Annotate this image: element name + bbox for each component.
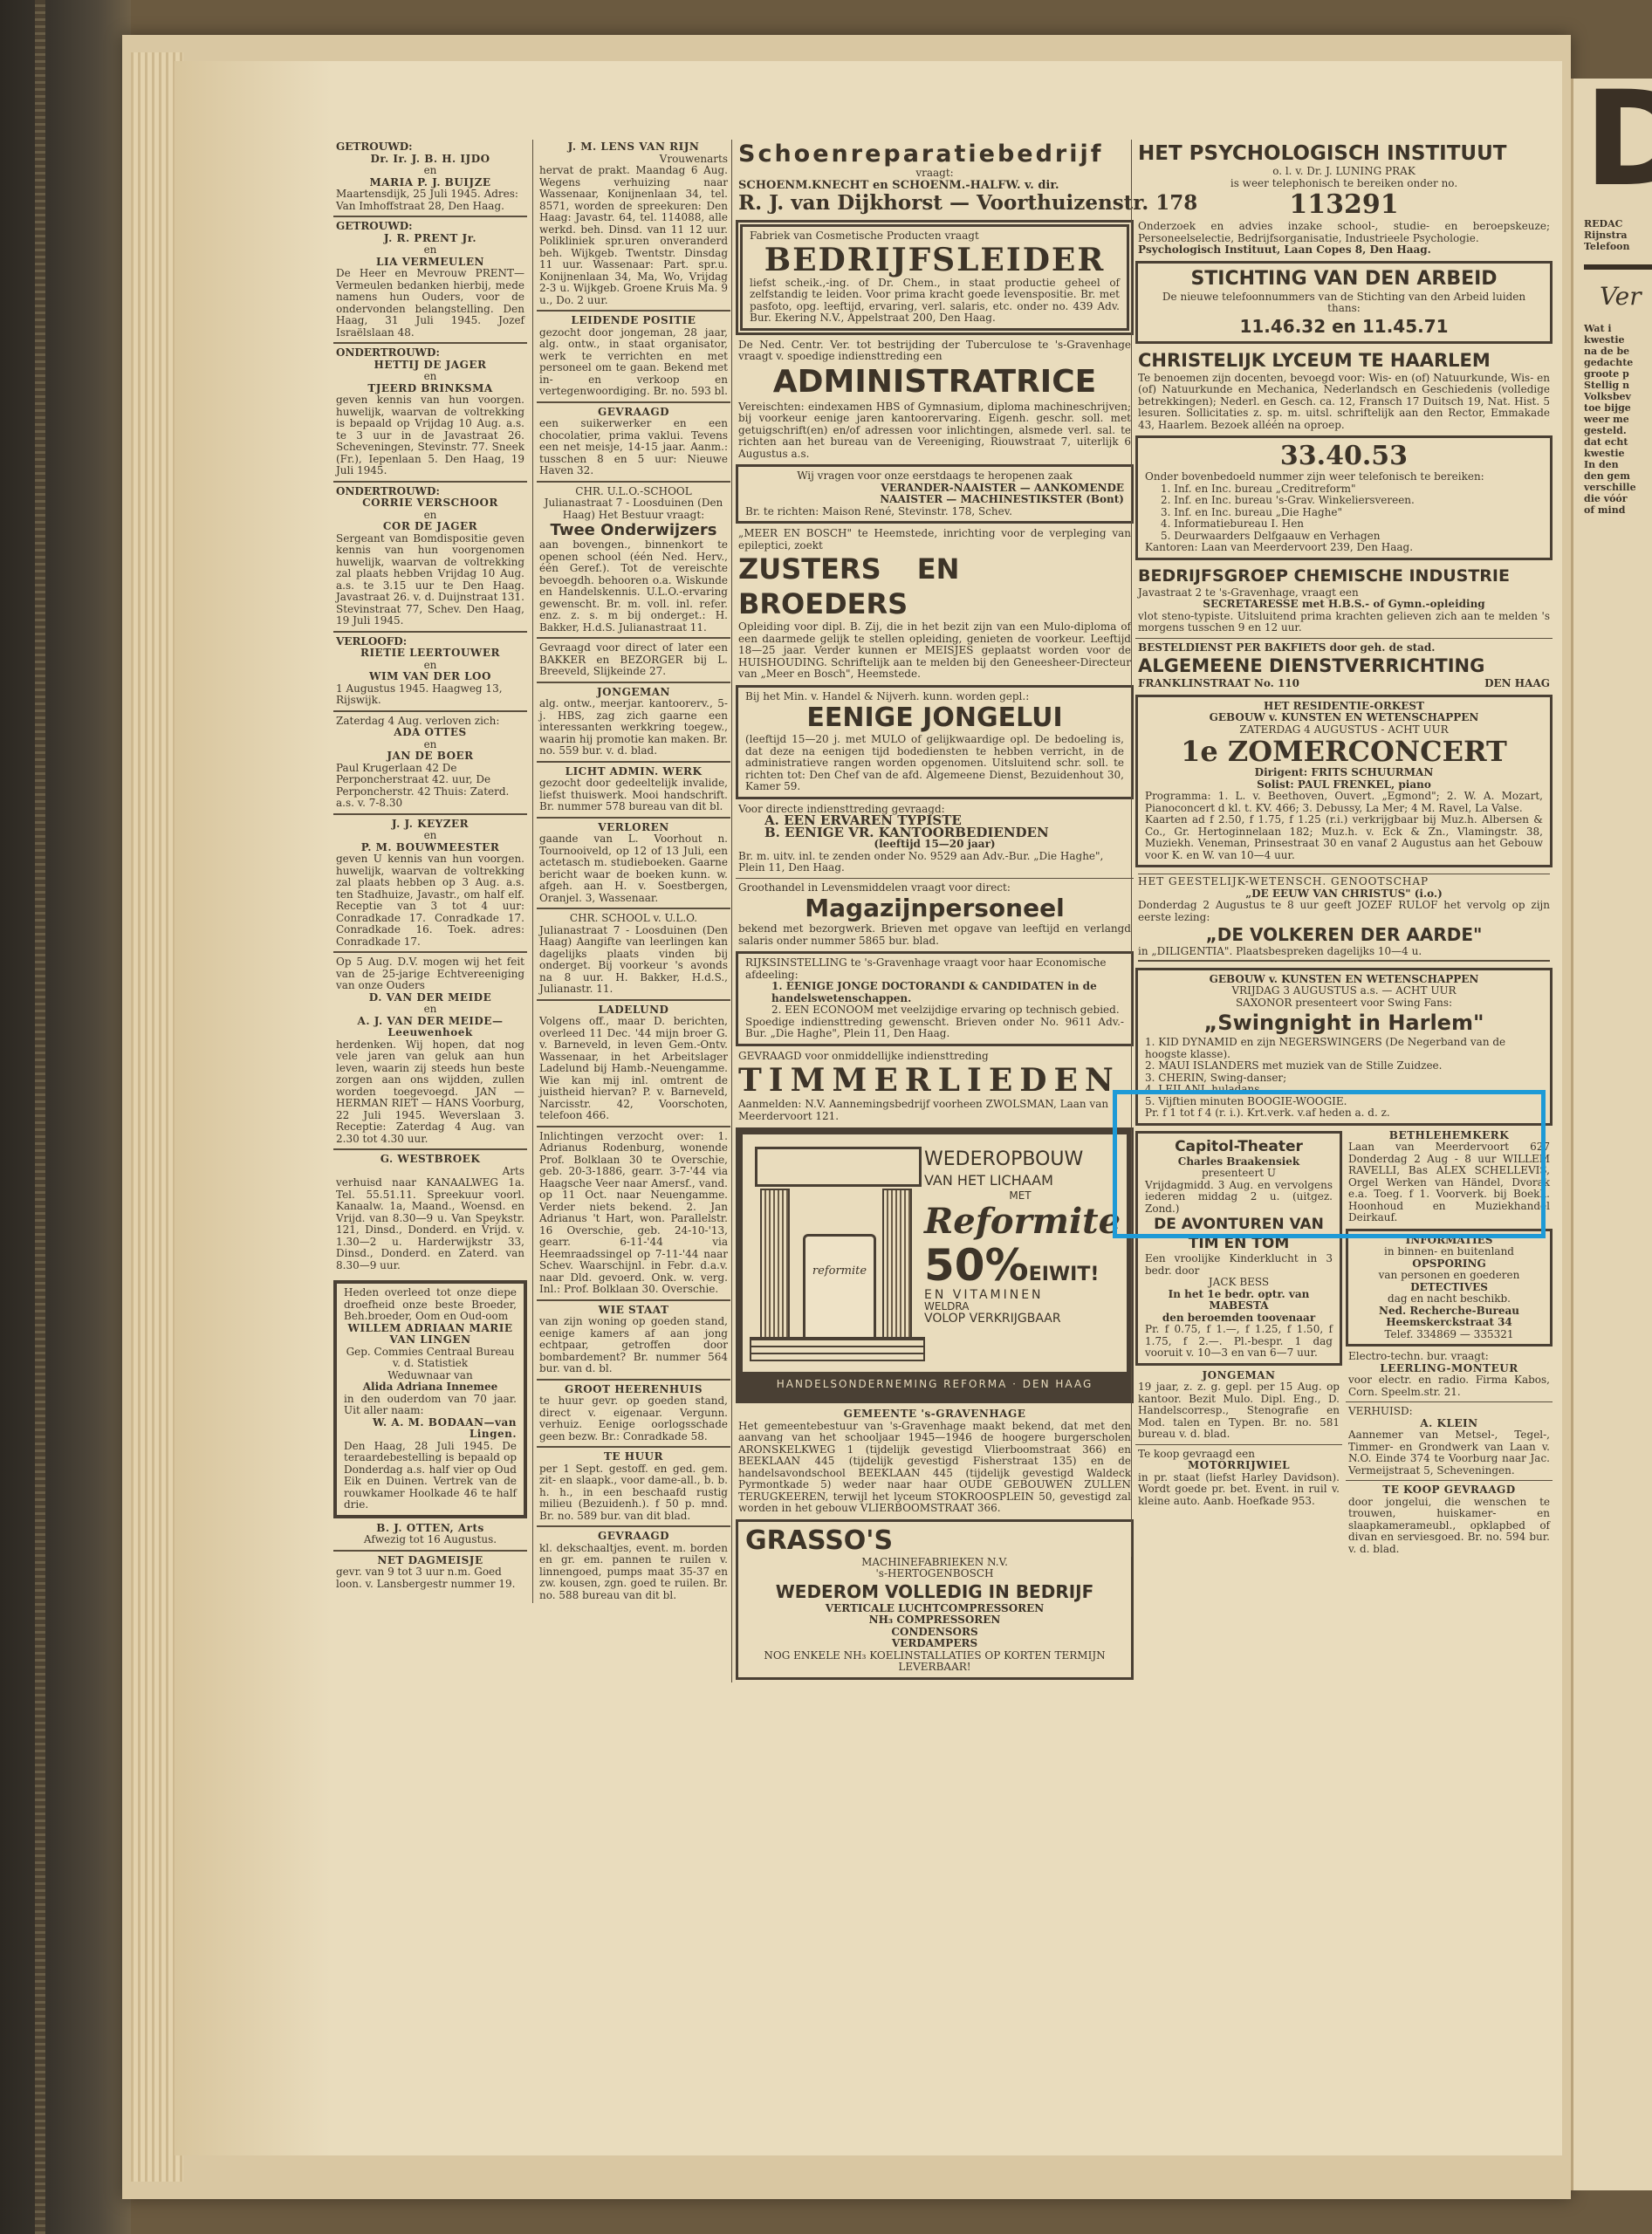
- ad-intro: Electro-techn. bur. vraagt:: [1348, 1351, 1550, 1363]
- ad-anniversary-vandermeide: Op 5 Aug. D.V. mogen wij het feit van de…: [333, 955, 527, 1147]
- ad-body: van personen en goederen: [1355, 1270, 1543, 1282]
- ad-stichting-arbeid: STICHTING VAN DEN ARBEID De nieuwe telef…: [1135, 261, 1553, 344]
- ad-body: voor electr. en radio. Firma Kabos, Corn…: [1348, 1374, 1550, 1398]
- ad-heading: ONDERTROUWD:: [336, 486, 524, 498]
- ad-heading: CHR. SCHOOL v. U.L.O.: [539, 913, 728, 925]
- list-item: 1. KID DYNAMID en zijn NEGERSWINGERS (De…: [1145, 1037, 1543, 1060]
- lecture-organizer: HET GEESTELIJK-WETENSCH. GENOOTSCHAP: [1138, 876, 1550, 888]
- ad-intro: De Ned. Centr. Ver. tot bestrijding der …: [738, 339, 1131, 363]
- article-line: na de be: [1584, 346, 1652, 357]
- ad-body: vlot steno-typiste. Uitsluitend prima kr…: [1138, 611, 1550, 634]
- ad-title: STICHTING VAN DEN ARBEID: [1145, 267, 1543, 291]
- ad-intro: Fabriek van Cosmetische Producten vraagt: [750, 230, 1120, 243]
- ad-subtitle: Julianastraat 7 - Loosduinen (Den Haag) …: [539, 497, 728, 521]
- article-line: groote p: [1584, 368, 1652, 380]
- reformite-footer: HANDELSONDERNEMING REFORMA · DEN HAAG: [743, 1372, 1127, 1396]
- ad-venue: GEBOUW v. KUNSTEN EN WETENSCHAPPEN: [1145, 974, 1543, 986]
- ad-body: te huur gevr. op goeden stand, direct v.…: [539, 1395, 728, 1443]
- ad-heading: Op 5 Aug. D.V. mogen wij het feit van de…: [336, 956, 524, 992]
- ad-title: GRASSO'S: [745, 1525, 1124, 1557]
- ad-body: (leeftijd 15—20 jaar): [738, 839, 1131, 851]
- ad-body: van zijn woning op goeden stand, eenige …: [539, 1316, 728, 1375]
- ad-price: Pr. f 0.75, f 1.—, f 1.25, f 1.50, f 1.7…: [1145, 1324, 1333, 1360]
- ad-body: herdenken. Wij hopen, dat nog vele jaren…: [336, 1039, 524, 1146]
- ad-timmerlieden: GEVRAAGD voor onmiddellijke indiensttred…: [736, 1049, 1134, 1125]
- ad-name: TJEERD BRINKSMA: [336, 383, 524, 395]
- ad-body: dag en nacht beschikb.: [1355, 1293, 1543, 1305]
- masthead-letter: D: [1584, 79, 1652, 201]
- ad-motorrijwiel: Te koop gevraagd een MOTORRIJWIEL in pr.…: [1135, 1447, 1342, 1510]
- reformite-jar-icon: reformite: [803, 1234, 876, 1342]
- ad-intro: GEVRAAGD voor onmiddellijke indiensttred…: [738, 1051, 1131, 1063]
- ad-subtitle: vraagt:: [738, 168, 1131, 180]
- ad-title: TIMMERLIEDEN: [738, 1062, 1131, 1099]
- ad-heading: NET DAGMEISJE: [336, 1555, 524, 1567]
- ad-body: hervat de prakt. Maandag 6 Aug. Wegens v…: [539, 165, 728, 306]
- ad-heading: LEERLING-MONTEUR: [1348, 1363, 1550, 1375]
- ad-heading: B. J. OTTEN, Arts: [336, 1523, 524, 1535]
- ad-body: Maartensdijk, 25 Juli 1945. Adres: Van I…: [336, 188, 524, 212]
- ad-intro: Te koop gevraagd een: [1138, 1449, 1340, 1461]
- ad-schoenreparatie: Schoenreparatiebedrijf vraagt: SCHOENM.K…: [736, 140, 1134, 217]
- ad-bakker: Gevraagd voor direct of later een BAKKER…: [537, 641, 730, 680]
- ad-christelijk-lyceum: CHRISTELIJK LYCEUM TE HAARLEM Te benoeme…: [1135, 346, 1553, 434]
- binder-spine: [0, 0, 131, 2234]
- ad-body: VOLOP VERKRIJGBAAR: [924, 1313, 1116, 1326]
- ad-intro: Bij het Min. v. Handel & Nijverh. kunn. …: [745, 691, 1124, 703]
- column-family-notices: GETROUWD: Dr. Ir. J. B. H. IJDO en MARIA…: [333, 140, 527, 1592]
- ad-body: Inlichtingen verzocht over: 1. Adrianus …: [539, 1131, 728, 1296]
- ad-address: FRANKLINSTRAAT No. 110: [1138, 678, 1299, 690]
- ad-subtitle: MACHINEFABRIEKEN N.V.: [745, 1557, 1124, 1569]
- ad-name: CORRIE VERSCHOOR: [336, 497, 524, 510]
- article-line: dat echt: [1584, 436, 1652, 448]
- lecture-society: „DE EEUW VAN CHRISTUS" (i.o.): [1138, 888, 1550, 901]
- reformite-percentage: 50%: [924, 1240, 1029, 1291]
- ad-body: EN VITAMINEN: [924, 1290, 1116, 1302]
- ad-verhuisd-klein: VERHUISD: A. KLEIN Aannemer van Metsel-,…: [1346, 1404, 1553, 1478]
- ad-phone-334053: 33.40.53 Onder bovenbedoeld nummer zijn …: [1135, 435, 1553, 560]
- ad-title: ALGEMEENE DIENSTVERRICHTING: [1138, 654, 1550, 678]
- list-item: 2. MAUI ISLANDERS met muziek van de Stil…: [1145, 1060, 1543, 1072]
- ad-body: De Heer en Mevrouw PRENT—Vermeulen bedan…: [336, 268, 524, 339]
- ad-zomerconcert: HET RESIDENTIE-ORKEST GEBOUW v. KUNSTEN …: [1135, 695, 1553, 868]
- obituary-wife: Alida Adriana Innemee: [344, 1381, 517, 1394]
- ad-body: bekend met bezorgwerk. Brieven met opgav…: [738, 923, 1131, 947]
- ad-body: Onderzoek en advies inzake school-, stud…: [1138, 221, 1550, 244]
- ad-marriage-prent: GETROUWD: J. R. PRENT Jr. en LIA VERMEUL…: [333, 219, 527, 340]
- column-events: HET PSYCHOLOGISCH INSTITUUT o. l. v. Dr.…: [1131, 140, 1553, 1557]
- ad-body: Sergeant van Bomdispositie geven kennis …: [336, 533, 524, 627]
- article-line: gedachte: [1584, 357, 1652, 368]
- ad-item: 2. EEN ECONOOM met veelzijdige ervaring …: [745, 1004, 1124, 1017]
- ad-title: 1e ZOMERCONCERT: [1145, 736, 1543, 767]
- ad-body: Julianastraat 7 - Loosduinen (Den Haag) …: [539, 925, 728, 996]
- ad-body: NAAISTER — MACHINESTIKSTER (Bont): [745, 494, 1124, 506]
- article-line: die vóór: [1584, 493, 1652, 504]
- ad-magazijnpersoneel: Groothandel in Levensmiddelen vraagt voo…: [736, 881, 1134, 949]
- ad-body: 1 Augustus 1945. Haagweg 13, Rijswijk.: [336, 683, 524, 707]
- adjacent-page: D REDAC Rijnstra Telefoon Ver Wat i kwes…: [1571, 79, 1652, 2190]
- ad-heading: LICHT ADMIN. WERK: [539, 766, 728, 778]
- ad-heading: GEMEENTE 's-GRAVENHAGE: [738, 1408, 1131, 1421]
- ad-heading: G. WESTBROEK: [336, 1154, 524, 1166]
- ad-intro: Groothandel in Levensmiddelen vraagt voo…: [738, 882, 1131, 894]
- ad-jongeman-kantoor: JONGEMAN 19 jaar, z. z. g. gepl. per 15 …: [1135, 1368, 1342, 1443]
- ad-subtitle: Vrouwenarts: [539, 154, 728, 166]
- list-item: 5. Deurwaarders Delfgaauw en Verhagen: [1145, 531, 1543, 543]
- list-item: 2. Inf. en Inc. bureau 's-Grav. Winkelie…: [1145, 495, 1543, 507]
- ad-body: een suikerwerker en een chocolatier, pri…: [539, 418, 728, 477]
- ad-body: Afwezig tot 16 Augustus.: [336, 1534, 524, 1546]
- article-headline: Ver: [1600, 282, 1652, 311]
- ad-name: J. R. PRENT Jr.: [336, 233, 524, 245]
- ad-body: liefst scheik.,-ing. of Dr. Chem., in st…: [750, 278, 1120, 325]
- article-line: weer me: [1584, 414, 1652, 425]
- article-line: Volksbev: [1584, 391, 1652, 402]
- ad-heading: HET RESIDENTIE-ORKEST: [1145, 701, 1543, 713]
- ad-conjunction: en: [336, 165, 524, 177]
- ad-title: ADMINISTRATRICE: [738, 363, 1131, 401]
- masthead-line: Rijnstra: [1584, 230, 1652, 241]
- ad-name: WIM VAN DER LOO: [336, 671, 524, 683]
- ad-phone: Telef. 334869 — 335321: [1355, 1329, 1543, 1341]
- ad-heading: TE HUUR: [539, 1451, 728, 1463]
- ad-name: D. VAN DER MEIDE: [336, 992, 524, 1004]
- ad-address: Psychologisch Instituut, Laan Copes 8, D…: [1138, 244, 1550, 257]
- article-line: kwestie: [1584, 448, 1652, 459]
- ad-product: NH₃ COMPRESSOREN: [745, 1614, 1124, 1627]
- ad-name: COR DE JAGER: [336, 521, 524, 533]
- article-line: toe bijge: [1584, 402, 1652, 414]
- article-line: gesteld.: [1584, 425, 1652, 436]
- ad-bedrijfsleider: Fabriek van Cosmetische Producten vraagt…: [736, 220, 1134, 335]
- ad-subtitle: SECRETARESSE met H.B.S.- of Gymn.-opleid…: [1138, 599, 1550, 611]
- ad-marriage-keyzer: J. J. KEYZER en P. M. BOUWMEESTER geven …: [333, 817, 527, 950]
- ad-body: in pr. staat (liefst Harley Davidson). W…: [1138, 1472, 1340, 1508]
- ad-name: A. J. VAN DER MEIDE—Leeuwenhoek: [336, 1016, 524, 1039]
- ad-heading: GEVRAAGD: [539, 407, 728, 419]
- ad-typiste: Voor directe indiensttreding gevraagd: A…: [736, 802, 1134, 876]
- ad-date: VRIJDAG 3 AUGUSTUS a.s. — ACHT UUR: [1145, 985, 1543, 997]
- ad-contact: R. J. van Dijkhorst — Voorthuizenstr. 17…: [738, 191, 1131, 216]
- ad-body: kl. dekschaaltjes, event. m. borden en g…: [539, 1543, 728, 1602]
- ad-title: ZUSTERS EN BROEDERS: [738, 552, 1131, 621]
- ad-gevraagd-schaaltjes: GEVRAAGD kl. dekschaaltjes, event. m. bo…: [537, 1529, 730, 1603]
- ad-title: CHRISTELIJK LYCEUM TE HAARLEM: [1138, 348, 1550, 373]
- ad-program: Programma: 1. L. v. Beethoven, Ouvert. „…: [1145, 791, 1543, 814]
- ad-conjunction: en: [336, 1004, 524, 1016]
- obituary-vanlingen: Heden overleed tot onze diepe droefheid …: [333, 1280, 527, 1518]
- ad-leidende-positie: LEIDENDE POSITIE gezocht door jongeman, …: [537, 313, 730, 400]
- ad-heading: LEIDENDE POSITIE: [539, 315, 728, 327]
- ad-leerling-monteur: Electro-techn. bur. vraagt: LEERLING-MON…: [1346, 1349, 1553, 1400]
- ad-intro: Javastraat 2 te 's-Gravenhage, vraagt ee…: [1138, 587, 1550, 600]
- list-item: 3. CHERIN, Swing-danser;: [1145, 1072, 1543, 1085]
- ad-dienstverrichting: BESTELDIENST PER BAKFIETS door geh. de s…: [1135, 641, 1553, 692]
- ad-heading: TE KOOP GEVRAAGD: [1348, 1484, 1550, 1497]
- ad-name: JAN DE BOER: [336, 750, 524, 763]
- ad-engagement-dejager: ONDERTROUWD: HETTIJ DE JAGER en TJEERD B…: [333, 346, 527, 479]
- ad-heading: GETROUWD:: [336, 141, 524, 154]
- ad-informaties: INFORMATIES in binnen- en buitenland OPS…: [1346, 1229, 1553, 1347]
- column-job-ads: Schoenreparatiebedrijf vraagt: SCHOENM.K…: [731, 140, 1134, 1682]
- ad-body: geven U kennis van hun voorgen. huwelijk…: [336, 853, 524, 948]
- ad-conjunction: en: [336, 371, 524, 383]
- ad-body: geven kennis van hun voorgen. huwelijk, …: [336, 394, 524, 477]
- article-line: Stellig n: [1584, 380, 1652, 391]
- ad-heading: CHR. U.L.O.-SCHOOL: [539, 486, 728, 498]
- obituary-widower: Weduwnaar van: [344, 1370, 517, 1382]
- ad-inlichtingen: Inlichtingen verzocht over: 1. Adrianus …: [537, 1129, 730, 1298]
- ad-body: per 1 Sept. gestoff. en ged. gem. zit- e…: [539, 1463, 728, 1523]
- ad-name: RIETIE LEERTOUWER: [336, 648, 524, 660]
- ad-ulo-school: CHR. U.L.O.-SCHOOL Julianastraat 7 - Loo…: [537, 484, 730, 636]
- phone-number: 33.40.53: [1145, 442, 1543, 471]
- ad-body: Een vroolijke Kinderklucht in 3 bedr. do…: [1145, 1253, 1333, 1277]
- ad-ladelund: LADELUND Volgens off., maar D. berichten…: [537, 1003, 730, 1124]
- ad-chr-school: CHR. SCHOOL v. U.L.O. Julianastraat 7 - …: [537, 911, 730, 997]
- ad-betrothal-ottes: Zaterdag 4 Aug. verloven zich: ADA OTTES…: [333, 714, 527, 812]
- ad-intro: Onder bovenbedoeld nummer zijn weer tele…: [1145, 471, 1543, 483]
- ad-subtitle: o. l. v. Dr. J. LUNING PRAK: [1138, 166, 1550, 178]
- ad-magician: MABESTA: [1145, 1300, 1333, 1312]
- ad-author: JACK BESS: [1145, 1277, 1333, 1289]
- ad-body: gezocht door gedeeltelijk invalide, lief…: [539, 778, 728, 813]
- ad-body: alg. ontw., meerjar. kantoorerv., 5-j. H…: [539, 698, 728, 757]
- ad-tickets: Kaarten ad f 2.50, f 1.75, f 1.25 (r.i.)…: [1145, 814, 1543, 861]
- page-shadow: [175, 61, 332, 2155]
- ad-heading: MOTORRIJWIEL: [1138, 1460, 1340, 1472]
- reformite-text: WEDEROPBOUW VAN HET LICHAAM MET Reformit…: [924, 1148, 1116, 1325]
- ad-name: HETTIJ DE JAGER: [336, 360, 524, 372]
- ad-name: ADA OTTES: [336, 727, 524, 739]
- obituary-intro: Heden overleed tot onze diepe droefheid …: [344, 1287, 517, 1323]
- ad-body: Vereischten: eindexamen HBS of Gymnasium…: [738, 401, 1131, 461]
- ad-company: Ned. Recherche-Bureau: [1355, 1305, 1543, 1318]
- ad-body: Aannemer van Metsel-, Tegel-, Timmer- en…: [1348, 1429, 1550, 1477]
- ad-gemeente: GEMEENTE 's-GRAVENHAGE Het gemeentebestu…: [736, 1407, 1134, 1517]
- ad-intro: SAXONOR presenteert voor Swing Fans:: [1145, 997, 1543, 1010]
- ad-chemische-industrie: BEDRIJFSGROEP CHEMISCHE INDUSTRIE Javast…: [1135, 563, 1553, 636]
- ad-heerenhuis: GROOT HEERENHUIS te huur gevr. op goeden…: [537, 1382, 730, 1445]
- ad-body: De nieuwe telefoonnummers van de Stichti…: [1145, 291, 1543, 315]
- ad-heading: JONGEMAN: [539, 687, 728, 699]
- ad-body: VERANDER-NAAISTER — AANKOMENDE: [745, 483, 1124, 495]
- ad-name: LIA VERMEULEN: [336, 257, 524, 269]
- article-line: den gem: [1584, 470, 1652, 482]
- ad-heading: ONDERTROUWD:: [336, 347, 524, 360]
- ad-body: gevr. van 9 tot 3 uur n.m. Goed loon. v.…: [336, 1566, 524, 1590]
- ad-lens-van-rijn: J. M. LENS VAN RIJN Vrouwenarts hervat d…: [537, 140, 730, 308]
- ad-intro: „MEER EN BOSCH" te Heemstede, inrichting…: [738, 528, 1131, 552]
- ad-headline: WEDEROM VOLLEDIG IN BEDRIJF: [745, 1580, 1124, 1603]
- article-line: In den: [1584, 459, 1652, 470]
- ad-contact: Br. te richten: Maison René, Stevinstr. …: [745, 506, 1124, 518]
- ad-body: Aanmelden: N.V. Aannemingsbedrijf voorhe…: [738, 1099, 1131, 1122]
- ad-gevraagd-suikerwerker: GEVRAAGD een suikerwerker en een chocola…: [537, 405, 730, 479]
- ad-te-huur: TE HUUR per 1 Sept. gestoff. en ged. gem…: [537, 1449, 730, 1524]
- ad-body: Volgens off., maar D. berichten, overlee…: [539, 1016, 728, 1122]
- phone-number: 113291: [1138, 189, 1550, 221]
- masthead-line: Telefoon: [1584, 241, 1652, 252]
- ad-name: A. KLEIN: [1348, 1418, 1550, 1430]
- ad-body: gezocht door jongeman, 28 jaar, alg. ont…: [539, 327, 728, 398]
- ad-body: aan bovengen., binnenkort te openen scho…: [539, 539, 728, 634]
- obituary-details: Den Haag, 28 Juli 1945. De teraardebeste…: [344, 1441, 517, 1511]
- phone-numbers: 11.46.32 en 11.45.71: [1145, 315, 1543, 338]
- ad-body: den beroemden toovenaar: [1145, 1312, 1333, 1325]
- reformite-eiwit: EIWIT!: [1029, 1264, 1100, 1285]
- ad-eenige-jongelui: Bij het Min. v. Handel & Nijverh. kunn. …: [736, 685, 1134, 799]
- ad-zusters-broeders: „MEER EN BOSCH" te Heemstede, inrichting…: [736, 526, 1134, 682]
- ad-reformite: reformite WEDEROPBOUW VAN HET LICHAAM ME…: [736, 1127, 1134, 1403]
- ad-lezing-rulof[interactable]: HET GEESTELIJK-WETENSCH. GENOOTSCHAP „DE…: [1135, 870, 1553, 965]
- list-item: 3. Inf. en Inc. bureau „Die Haghe": [1145, 507, 1543, 519]
- ad-address: Kantoren: Laan van Meerdervoort 239, Den…: [1145, 542, 1543, 554]
- ad-engagement-verschoor: ONDERTROUWD: CORRIE VERSCHOOR en COR DE …: [333, 484, 527, 629]
- ad-betrothal-leertouwer: VERLOOFD: RIETIE LEERTOUWER en WIM VAN D…: [333, 634, 527, 709]
- ad-title: WEDEROPBOUW: [924, 1148, 1116, 1171]
- ad-conjunction: en: [336, 660, 524, 672]
- ad-product: VERTICALE LUCHTCOMPRESSOREN: [745, 1603, 1124, 1615]
- article-line: Wat i: [1584, 323, 1652, 334]
- ad-body: (leeftijd 15—20 j. met MULO of gelijkwaa…: [745, 734, 1124, 793]
- ad-te-koop-gevraagd: TE KOOP GEVRAAGD door jongelui, die wens…: [1346, 1483, 1553, 1557]
- ad-name: J. J. KEYZER: [336, 819, 524, 831]
- ad-name: MARIA P. J. BUIJZE: [336, 177, 524, 189]
- ad-city: DEN HAAG: [1484, 678, 1550, 690]
- ad-body: Opleiding voor dipl. B. Zij, die in het …: [738, 621, 1131, 681]
- ad-title: HET PSYCHOLOGISCH INSTITUUT: [1138, 141, 1550, 166]
- ad-contact: Br. m. uitv. inl. te zenden onder No. 95…: [738, 851, 1131, 874]
- ad-title: BEDRIJFSLEIDER: [750, 243, 1120, 278]
- ad-heading: DETECTIVES: [1355, 1282, 1543, 1294]
- ad-body: in binnen- en buitenland: [1355, 1246, 1543, 1258]
- ad-intro: BESTELDIENST PER BAKFIETS door geh. de s…: [1138, 642, 1550, 654]
- ad-marriage-ijdo: GETROUWD: Dr. Ir. J. B. H. IJDO en MARIA…: [333, 140, 527, 214]
- ad-item: B. EENIGE VR. KANTOORBEDIENDEN: [738, 827, 1131, 839]
- ad-body: verhuisd naar KANAALWEG 1a. Tel. 55.51.1…: [336, 1177, 524, 1271]
- ad-date: ZATERDAG 4 AUGUSTUS - ACHT UUR: [1145, 724, 1543, 737]
- ad-doctor-westbroek: G. WESTBROEK Arts verhuisd naar KANAALWE…: [333, 1152, 527, 1273]
- list-item: 4. Informatiebureau I. Hen: [1145, 518, 1543, 531]
- ad-product: CONDENSORS: [745, 1627, 1124, 1639]
- ad-conjunction: en: [336, 510, 524, 522]
- ad-heading: GROOT HEERENHUIS: [539, 1384, 728, 1396]
- ad-body: door jongelui, die wenschen te trouwen, …: [1348, 1497, 1550, 1556]
- ad-body: Gevraagd voor direct of later een BAKKER…: [539, 642, 728, 678]
- ad-naaister: Wij vragen voor onze eerstdaags te herop…: [736, 464, 1134, 524]
- lecture-title: „DE VOLKEREN DER AARDE": [1138, 923, 1550, 946]
- ad-footer: NOG ENKELE NH₃ KOELINSTALLATIES OP KORTE…: [745, 1650, 1124, 1674]
- ad-address: Heemskerckstraat 34: [1355, 1317, 1543, 1329]
- masthead-line: REDAC: [1584, 218, 1652, 230]
- ad-body: Paul Krugerlaan 42 De Perponcherstraat 4…: [336, 763, 524, 810]
- ad-heading: GETROUWD:: [336, 221, 524, 233]
- lecture-venue: in „DILIGENTIA". Plaatsbespreken dagelij…: [1138, 946, 1550, 958]
- article-line: of mind: [1584, 504, 1652, 516]
- ad-title: Schoenreparatiebedrijf: [738, 141, 1131, 168]
- ad-grasso: GRASSO'S MACHINEFABRIEKEN N.V. 's-HERTOG…: [736, 1519, 1134, 1680]
- obituary-name: WILLEM ADRIAAN MARIE VAN LINGEN: [344, 1323, 517, 1347]
- obituary-signed: W. A. M. BODAAN—van Lingen.: [344, 1417, 517, 1441]
- ad-body: 19 jaar, z. z. g. gepl. per 15 Aug. op k…: [1138, 1381, 1340, 1441]
- ad-contact: Spoedige indiensttreding gewenscht. Brie…: [745, 1017, 1124, 1040]
- ad-heading: Zaterdag 4 Aug. verloven zich:: [336, 716, 524, 728]
- ad-title: Twee Onderwijzers: [539, 521, 728, 539]
- binder-stitching: [35, 0, 45, 2234]
- ad-body: In het 1e bedr. optr. van: [1145, 1289, 1333, 1301]
- ad-intro: RIJKSINSTELLING te 's-Gravenhage vraagt …: [745, 957, 1124, 981]
- ad-heading: JONGEMAN: [1138, 1370, 1340, 1382]
- ad-venue: GEBOUW v. KUNSTEN EN WETENSCHAPPEN: [1145, 712, 1543, 724]
- ad-name: Dr. Ir. J. B. H. IJDO: [336, 154, 524, 166]
- ad-name: P. M. BOUWMEESTER: [336, 842, 524, 854]
- ad-jongeman: JONGEMAN alg. ontw., meerjar. kantoorerv…: [537, 685, 730, 759]
- ad-intro: Wij vragen voor onze eerstdaags te herop…: [745, 470, 1124, 483]
- ad-heading: LADELUND: [539, 1004, 728, 1017]
- list-item: 1. Inf. en Inc. bureau „Creditreform": [1145, 483, 1543, 496]
- ad-heading: WIE STAAT: [539, 1305, 728, 1317]
- ad-admin-werk: LICHT ADMIN. WERK gezocht door gedeeltel…: [537, 764, 730, 815]
- jar-label: reformite: [812, 1264, 867, 1278]
- ad-heading: VERHUISD:: [1348, 1406, 1550, 1418]
- ad-item: 1. EENIGE JONGE DOCTORANDI & CANDIDATEN …: [745, 981, 1124, 1004]
- obituary-age: in den ouderdom van 70 jaar. Uit aller n…: [344, 1394, 517, 1417]
- lecture-details: Donderdag 2 Augustus te 8 uur geeft JOZE…: [1138, 900, 1550, 923]
- ad-title: „Swingnight in Harlem": [1145, 1009, 1543, 1037]
- ad-heading: J. M. LENS VAN RIJN: [539, 141, 728, 154]
- ad-administratrice: De Ned. Centr. Ver. tot bestrijding der …: [736, 338, 1134, 463]
- ad-doctor-otten: B. J. OTTEN, Arts Afwezig tot 16 Augustu…: [333, 1521, 527, 1548]
- ad-title: Magazijnpersoneel: [738, 894, 1131, 923]
- ad-body: Het gemeentebestuur van 's-Gravenhage ma…: [738, 1421, 1131, 1515]
- ad-conjunction: en: [336, 739, 524, 751]
- obituary-role: Gep. Commies Centraal Bureau v. d. Stati…: [344, 1347, 517, 1370]
- ad-body: gaande van L. Voorhout n. Tournooiveld, …: [539, 833, 728, 904]
- ad-title: EENIGE JONGELUI: [745, 702, 1124, 734]
- ad-wie-staat: WIE STAAT van zijn woning op goeden stan…: [537, 1303, 730, 1377]
- column-small-ads: J. M. LENS VAN RIJN Vrouwenarts hervat d…: [532, 140, 730, 1603]
- ad-soloist: Solist: PAUL FRENKEL, piano: [1145, 779, 1543, 791]
- ad-body: Te benoemen zijn docenten, bevoegd voor:…: [1138, 373, 1550, 432]
- ad-subtitle: is weer telephonisch te bereiken onder n…: [1138, 178, 1550, 190]
- temple-illustration: reformite: [755, 1147, 916, 1356]
- ad-title: BEDRIJFSGROEP CHEMISCHE INDUSTRIE: [1138, 565, 1550, 587]
- ad-conjunction: en: [336, 244, 524, 257]
- selection-highlight-box: [1113, 1090, 1546, 1238]
- ad-product: VERDAMPERS: [745, 1638, 1124, 1650]
- ad-verloren: VERLOREN gaande van L. Voorhout n. Tourn…: [537, 820, 730, 907]
- ad-conductor: Dirigent: FRITS SCHUURMAN: [1145, 767, 1543, 779]
- ad-psychologisch-instituut: HET PSYCHOLOGISCH INSTITUUT o. l. v. Dr.…: [1135, 140, 1553, 258]
- ad-subtitle: VAN HET LICHAAM: [924, 1171, 1116, 1190]
- ad-dagmeisje: NET DAGMEISJE gevr. van 9 tot 3 uur n.m.…: [333, 1553, 527, 1593]
- reformite-brand: Reformite: [924, 1203, 1116, 1241]
- ad-heading: VERLOREN: [539, 822, 728, 834]
- ad-conjunction: en: [336, 830, 524, 842]
- article-line: verschille: [1584, 482, 1652, 493]
- ad-body: SCHOENM.KNECHT en SCHOENM.-HALFW. v. dir…: [738, 180, 1131, 192]
- ad-subtitle: Arts: [336, 1166, 524, 1178]
- ad-heading: GEVRAAGD: [539, 1531, 728, 1543]
- ad-rijksinstelling: RIJKSINSTELLING te 's-Gravenhage vraagt …: [736, 951, 1134, 1046]
- article-line: kwestie: [1584, 334, 1652, 346]
- ad-heading: OPSPORING: [1355, 1258, 1543, 1271]
- ad-subtitle: 's-HERTOGENBOSCH: [745, 1568, 1124, 1580]
- ad-heading: VERLOOFD:: [336, 636, 524, 648]
